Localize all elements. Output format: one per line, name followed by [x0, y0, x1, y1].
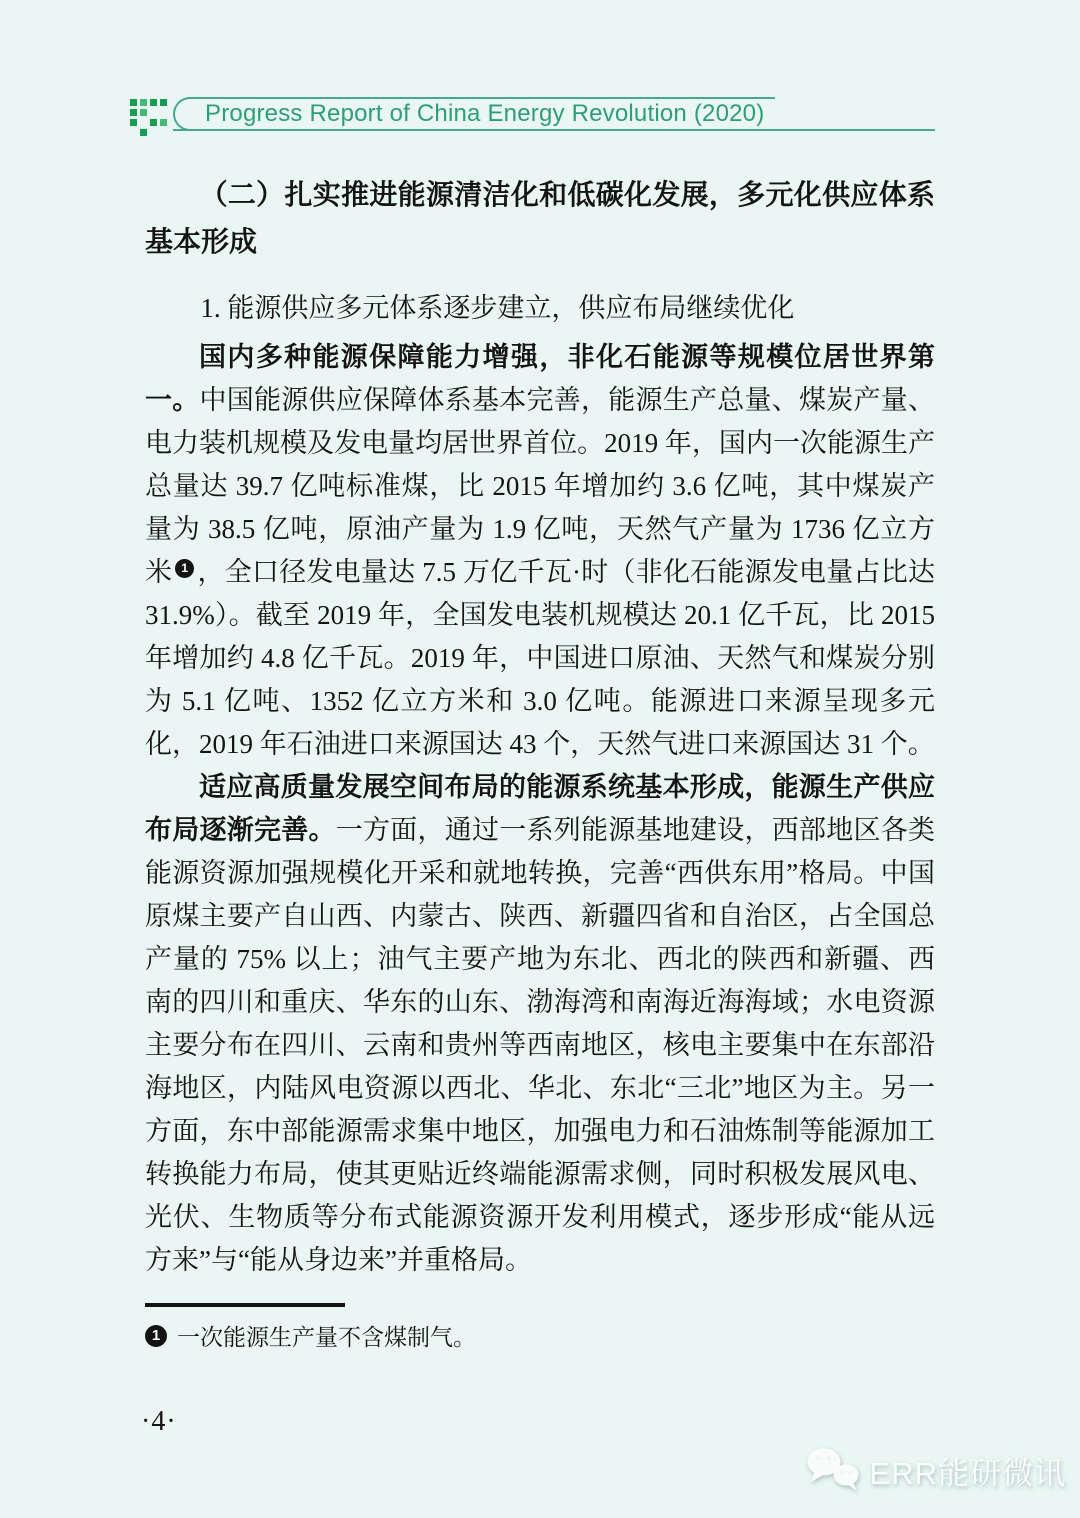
logo-pixel	[130, 109, 137, 116]
logo-pixel	[160, 129, 167, 136]
report-page: { "theme": { "background": "#e9f6f3", "a…	[0, 0, 1080, 1518]
report-logo-icon	[130, 99, 167, 136]
footnote-marker-icon: 1	[145, 1325, 167, 1347]
wechat-icon	[805, 1446, 863, 1494]
page-number: ·4·	[141, 1406, 177, 1438]
section-heading: （二）扎实推进能源清洁化和低碳化发展，多元化供应体系基本形成	[145, 172, 935, 266]
logo-pixel	[140, 129, 147, 136]
footnote: 1 一次能源生产量不含煤制气。	[145, 1319, 935, 1352]
logo-pixel	[150, 109, 157, 116]
footnote-separator	[145, 1303, 345, 1307]
footnote-block: 1 一次能源生产量不含煤制气。	[145, 1303, 935, 1352]
logo-pixel	[160, 119, 167, 126]
logo-pixel	[140, 119, 147, 126]
logo-pixel	[160, 109, 167, 116]
body-paragraphs: 国内多种能源保障能力增强，非化石能源等规模位居世界第一。中国能源供应保障体系基本…	[145, 336, 935, 1282]
logo-pixel	[130, 129, 137, 136]
footnote-text: 一次能源生产量不含煤制气。	[177, 1319, 476, 1352]
header-title-box: Progress Report of China Energy Revoluti…	[173, 97, 775, 131]
page-content: （二）扎实推进能源清洁化和低碳化发展，多元化供应体系基本形成 1. 能源供应多元…	[145, 172, 935, 1282]
header-title: Progress Report of China Energy Revoluti…	[205, 100, 764, 128]
header-underline	[173, 129, 935, 131]
body-paragraph: 适应高质量发展空间布局的能源系统基本形成，能源生产供应布局逐渐完善。一方面，通过…	[145, 766, 935, 1282]
logo-pixel	[140, 99, 147, 106]
body-paragraph: 国内多种能源保障能力增强，非化石能源等规模位居世界第一。中国能源供应保障体系基本…	[145, 336, 935, 766]
logo-pixel	[130, 99, 137, 106]
logo-pixel	[150, 129, 157, 136]
watermark-label: ERR能研微讯	[870, 1448, 1066, 1493]
watermark: ERR能研微讯	[805, 1446, 1066, 1494]
logo-pixel	[160, 99, 167, 106]
footnote-ref-marker: 1	[175, 559, 194, 578]
text-segment: ，全口径发电量达 7.5 万亿千瓦·时（非化石能源发电量占比达 31.9%）。截…	[145, 557, 935, 759]
logo-pixel	[130, 119, 137, 126]
logo-pixel	[140, 109, 147, 116]
logo-pixel	[150, 99, 157, 106]
logo-pixel	[150, 119, 157, 126]
text-segment: 一方面，通过一系列能源基地建设，西部地区各类能源资源加强规模化开采和就地转换，完…	[145, 815, 935, 1275]
subsection-heading: 1. 能源供应多元体系逐步建立，供应布局继续优化	[145, 288, 935, 328]
